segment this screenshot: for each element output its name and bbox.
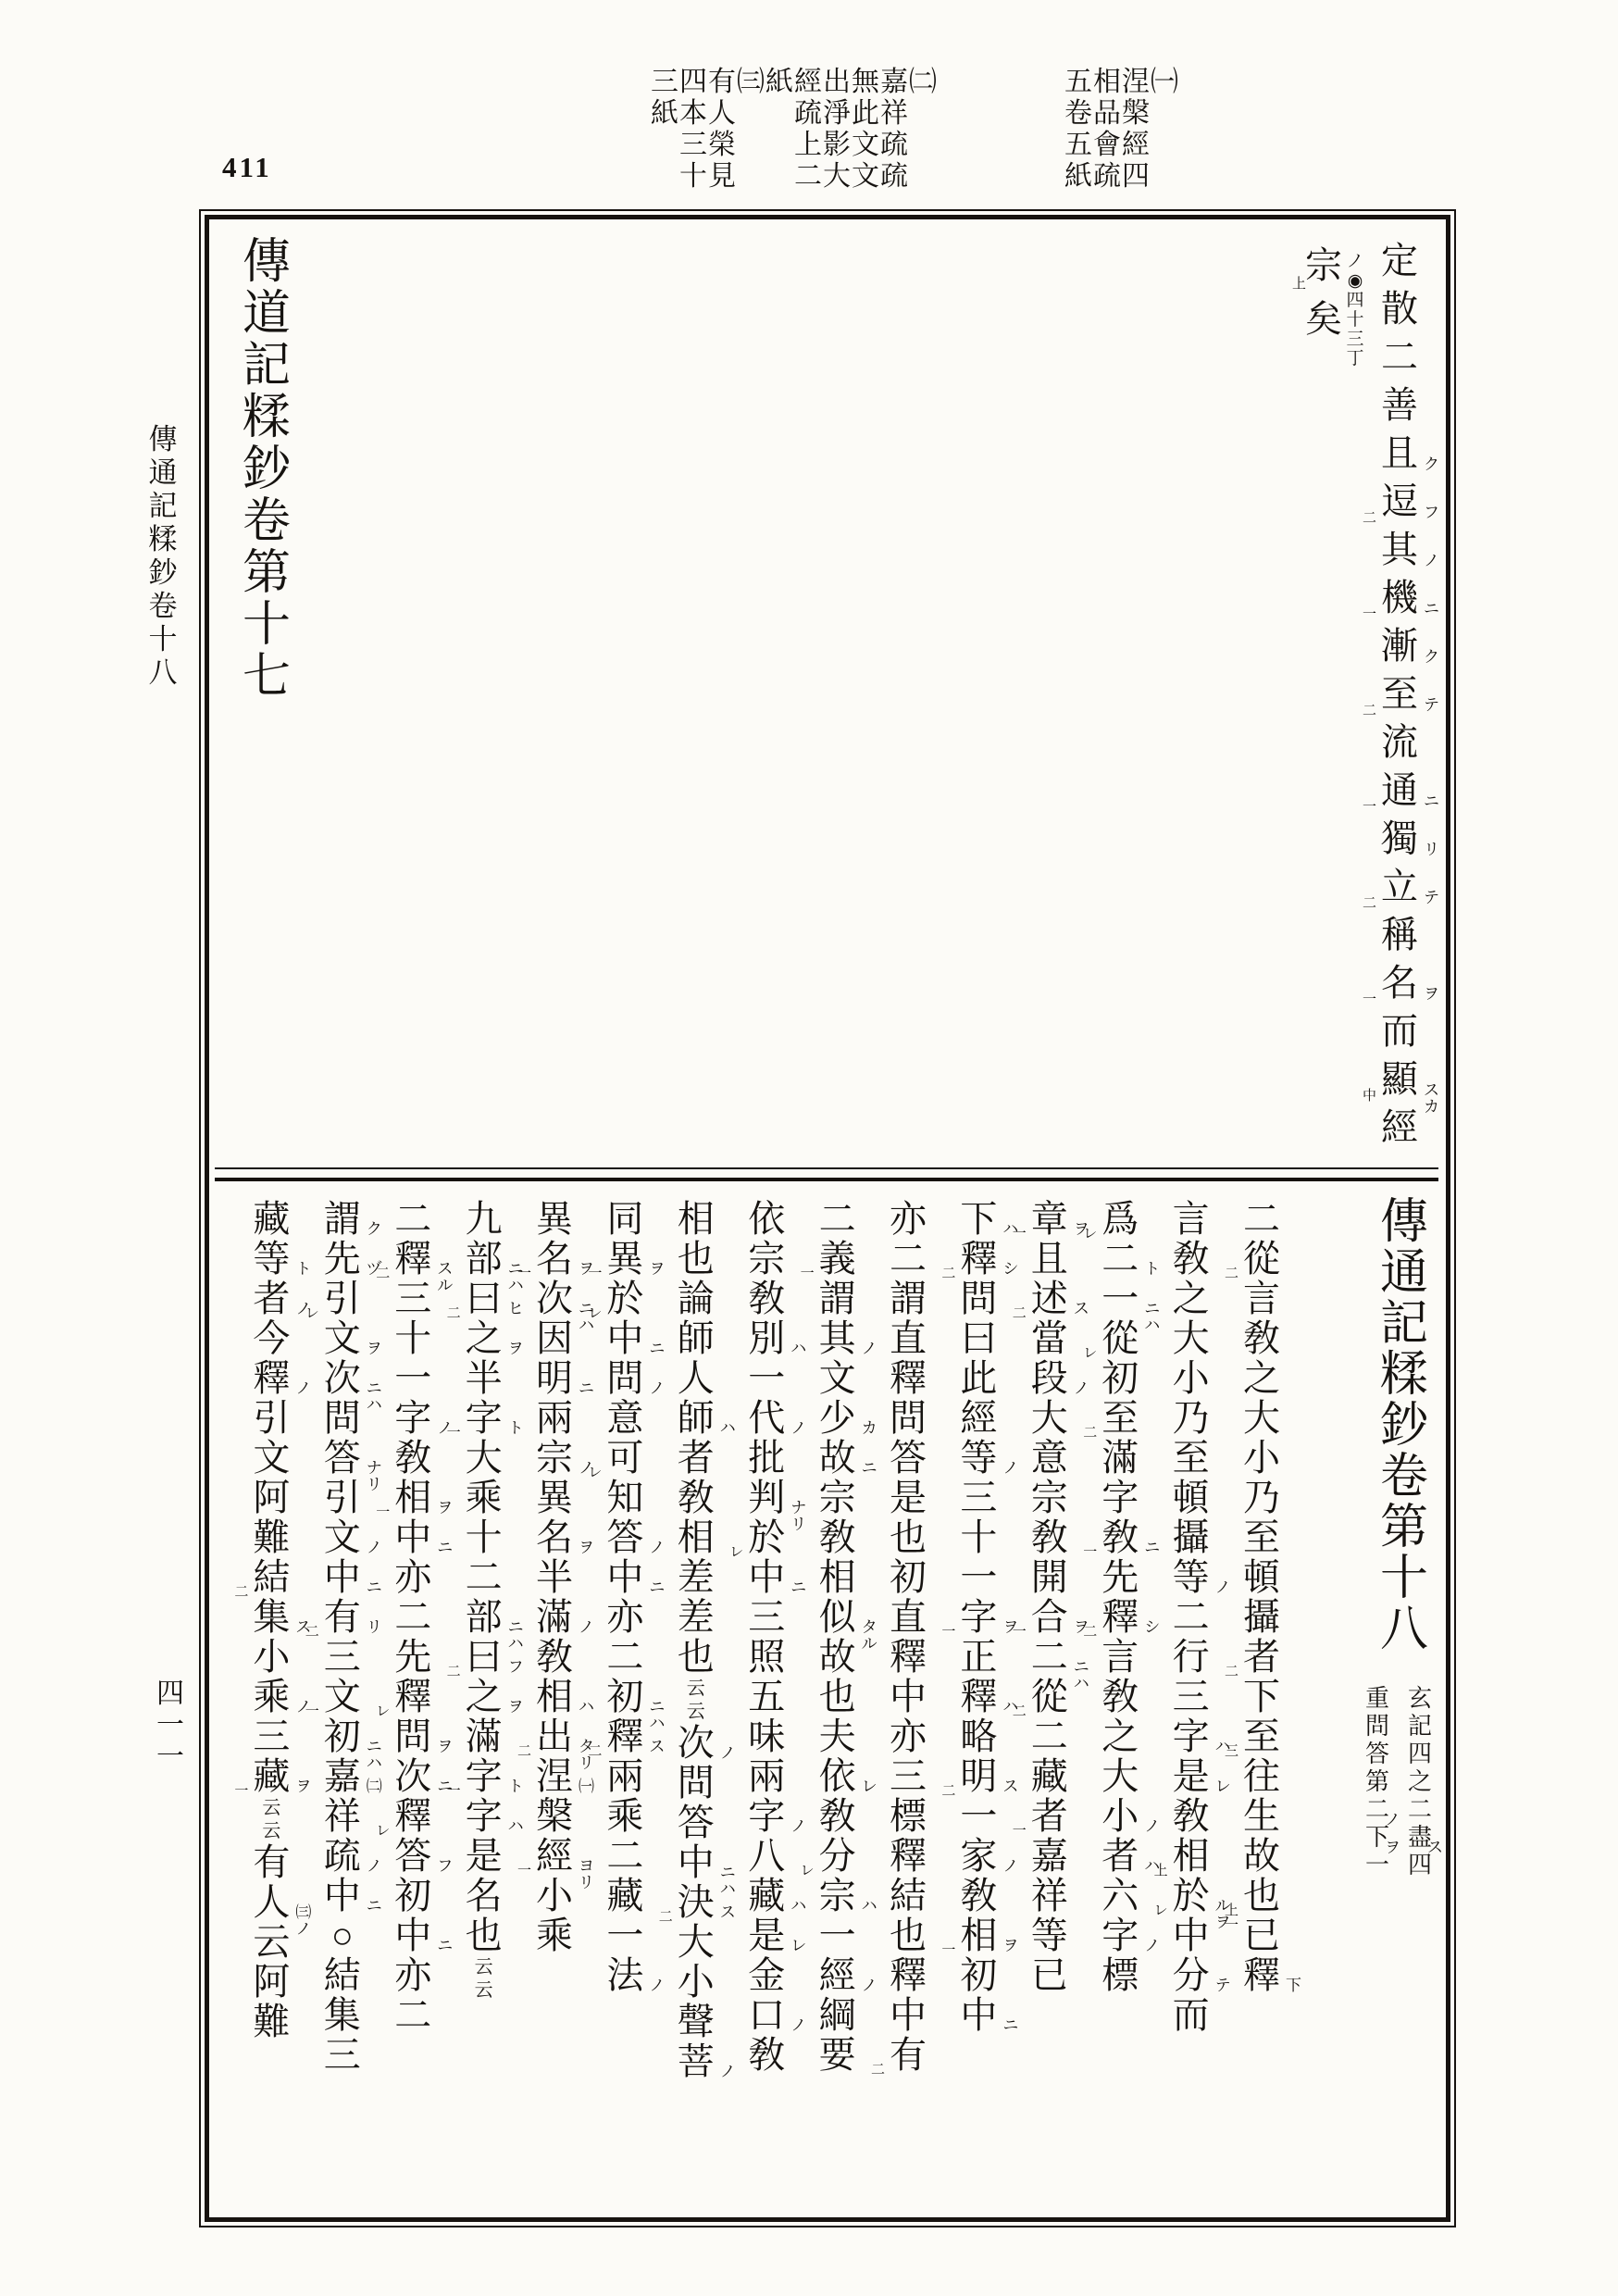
glyph: 云 xyxy=(475,1981,493,2000)
body-text-column-1: 二從二言敎之大小乃至頓攝者二下至三往生故也上一已釋下 xyxy=(1228,1199,1295,1995)
glyph: 義 xyxy=(819,1241,856,1278)
glyph-cell: 集 xyxy=(309,1995,376,2035)
glyph-cell: 意 xyxy=(591,1398,658,1438)
glyph: 三 xyxy=(748,1599,785,1636)
glyph-cell: 知 xyxy=(591,1478,658,1517)
glyph-cell: 大 xyxy=(1228,1398,1295,1438)
glyph-cell: 云 xyxy=(238,1796,305,1819)
glyph: 問 xyxy=(890,1400,927,1437)
glyph-cell: 義一 xyxy=(804,1239,871,1279)
glyph-cell: 釋 xyxy=(875,1358,941,1398)
glyph-cell: 八 xyxy=(144,655,181,689)
glyph: 漸 xyxy=(1381,628,1418,665)
glyph-cell: 漸ク xyxy=(1366,622,1433,670)
right-reading-mark: ク xyxy=(1424,456,1439,473)
right-reading-mark: ク xyxy=(367,1221,382,1238)
glyph-cell: 三 xyxy=(238,1716,305,1756)
glyph: 從 xyxy=(1243,1241,1280,1278)
glyph: 先 xyxy=(394,1639,431,1676)
glyph-cell: 宗上 xyxy=(1296,239,1351,293)
glyph: 攝 xyxy=(1243,1599,1280,1636)
glyph-cell: 至テ二 xyxy=(1366,670,1433,718)
glyph-cell: 頓 xyxy=(1158,1478,1225,1517)
glyph: ノ xyxy=(1346,253,1363,270)
glyph-cell: 三 xyxy=(309,2035,376,2075)
glyph: 敎 xyxy=(1243,1320,1280,1357)
glyph: 藏 xyxy=(606,1878,643,1915)
glyph-cell: 逗フ二 xyxy=(1366,478,1433,526)
margin-volume-title: 傳通記糅鈔卷十八 xyxy=(144,422,181,689)
glyph-cell: 云 xyxy=(663,1700,729,1723)
right-reading-mark: レ xyxy=(862,1778,877,1795)
kaeriten-mark: 二 xyxy=(1363,512,1376,527)
glyph-cell: 名ヲ一 xyxy=(521,1239,588,1279)
glyph-cell: 二 xyxy=(380,1199,446,1239)
right-reading-mark: ハ xyxy=(862,1898,877,1915)
glyph-cell: 差 xyxy=(663,1597,729,1637)
glyph-cell: 曰フ二 xyxy=(451,1637,517,1677)
glyph: 二 xyxy=(1408,1798,1432,1822)
glyph-cell: 云 xyxy=(238,1819,305,1842)
glyph: 其 xyxy=(819,1320,856,1357)
glyph-cell: 師 xyxy=(663,1318,729,1358)
glyph: 第 xyxy=(1365,1770,1389,1794)
glyph: 從 xyxy=(1031,1678,1068,1716)
glyph-cell: 問 xyxy=(945,1279,1012,1318)
glyph: 一 xyxy=(960,1798,997,1835)
glyph-cell: 略 xyxy=(945,1716,1012,1756)
glyph-cell: 三 xyxy=(1158,1677,1225,1716)
glyph: 難 xyxy=(253,2003,290,2040)
right-reading-mark: ノ xyxy=(1144,1938,1160,1954)
glyph: 部 xyxy=(466,1599,503,1636)
headnote-row: 十見 二大文疏 xyxy=(651,161,938,193)
glyph-cell: 立テ二 xyxy=(1366,863,1433,911)
glyph-cell: 盡ス xyxy=(1403,1824,1437,1852)
glyph: 記 xyxy=(149,492,178,520)
glyph-cell: 代ノ xyxy=(733,1398,800,1438)
glyph-cell: 鈔 xyxy=(144,555,181,589)
glyph-cell: ○ xyxy=(309,1915,376,1955)
right-reading-mark: ノ xyxy=(579,1460,594,1477)
glyph: 十 xyxy=(466,1519,503,1556)
glyph: 一 xyxy=(156,1712,184,1740)
glyph-cell: 藏 xyxy=(1016,1756,1083,1796)
glyph: 答 xyxy=(890,1440,927,1477)
glyph-cell: 獨リ xyxy=(1366,815,1433,863)
glyph: 中 xyxy=(394,1519,431,1556)
glyph-cell: 兩 xyxy=(733,1756,800,1796)
headnote-block-left: 五相涅㈠卷品槃五會經紙疏四 xyxy=(1064,67,1179,193)
glyph: 十 xyxy=(1346,311,1363,329)
opening-volume-title: 傳通記糅鈔卷第十八 xyxy=(1371,1197,1438,1655)
glyph: 獨 xyxy=(1381,820,1418,857)
glyph: 二 xyxy=(1173,1599,1210,1636)
glyph: 十 xyxy=(960,1519,997,1556)
glyph: 等 xyxy=(253,1241,290,1278)
glyph-cell: 顯スカ中 xyxy=(1366,1055,1433,1104)
glyph-cell: 人㈢ノ xyxy=(238,1882,305,1922)
glyph-cell: 卷 xyxy=(144,589,181,622)
glyph: 敎 xyxy=(678,1479,715,1516)
kaeriten-mark: 二 xyxy=(871,2064,885,2078)
glyph-cell: 大 xyxy=(1158,1318,1225,1358)
glyph-cell: 之ヲ xyxy=(451,1318,517,1358)
glyph-cell: 大 xyxy=(1016,1398,1083,1438)
glyph-cell: 依レ xyxy=(804,1756,871,1796)
glyph-cell: 半 xyxy=(521,1557,588,1597)
glyph-cell: 鈔 xyxy=(1371,1401,1438,1452)
glyph: 初 xyxy=(890,1559,927,1596)
glyph: 曰 xyxy=(466,1639,503,1676)
glyph: 引 xyxy=(253,1400,290,1437)
glyph-cell: 大 xyxy=(663,1922,729,1962)
glyph: 大 xyxy=(1101,1758,1139,1795)
glyph: 矣 xyxy=(1305,301,1342,338)
glyph-cell: 記 xyxy=(144,489,181,522)
glyph: 下 xyxy=(960,1201,997,1238)
right-reading-mark: ス xyxy=(720,1904,736,1921)
glyph: 其 xyxy=(1381,531,1418,568)
glyph: 師 xyxy=(678,1320,715,1357)
glyph: 鈔 xyxy=(243,446,291,494)
upper-text-column-1: 定散二善且ク逗フ二其ノ機ニ一漸ク至テ二流通ニ一獨リ立テ二稱名ヲ一而顯スカ中經 xyxy=(1366,237,1433,1152)
glyph: 傳 xyxy=(1380,1199,1428,1247)
glyph-cell: 味 xyxy=(733,1716,800,1756)
glyph: 者 xyxy=(1031,1798,1068,1835)
glyph-cell: 敎 xyxy=(945,1876,1012,1915)
glyph: 次 xyxy=(394,1758,431,1795)
right-reading-mark: フ xyxy=(1424,505,1439,521)
glyph-cell: 云 xyxy=(451,1955,517,1978)
glyph: 也 xyxy=(819,1678,856,1716)
glyph: 也 xyxy=(466,1917,503,1954)
glyph: 十 xyxy=(1380,1555,1428,1603)
right-reading-mark: ヲ xyxy=(367,1341,382,1357)
glyph: 一 xyxy=(960,1559,997,1596)
glyph-cell: 開 xyxy=(1016,1557,1083,1597)
right-reading-mark: ノ xyxy=(367,1858,382,1875)
glyph-cell: 明ス二 xyxy=(945,1756,1012,1796)
glyph: 大 xyxy=(1031,1400,1068,1437)
glyph: 二 xyxy=(394,1201,431,1238)
glyph: 異 xyxy=(536,1479,573,1516)
glyph-cell: 道 xyxy=(233,289,300,341)
headnote-row: 紙疏四 xyxy=(1064,161,1179,193)
glyph-cell: 字 xyxy=(1087,1478,1153,1517)
glyph: 名 xyxy=(466,1878,503,1915)
glyph-cell: 三 xyxy=(945,1478,1012,1517)
glyph-cell: 七 xyxy=(233,652,300,704)
glyph: 云 xyxy=(687,1703,705,1721)
glyph: 等 xyxy=(1031,1917,1068,1954)
glyph: 少 xyxy=(819,1400,856,1437)
glyph: 同 xyxy=(606,1201,643,1238)
glyph: 敎 xyxy=(819,1519,856,1556)
glyph: 答 xyxy=(678,1804,715,1841)
glyph-cell: 而 xyxy=(1158,1995,1225,2035)
glyph: 明 xyxy=(960,1758,997,1795)
glyph: 法 xyxy=(606,1957,643,1994)
glyph: 敎 xyxy=(960,1878,997,1915)
body-text-column-3: 爲レ二ト一ニハ從レ初至二滿字敎ニ一先釋シ二言敎之大小ノ者ハ六字ノ標 xyxy=(1087,1199,1153,1995)
glyph: 通 xyxy=(1381,772,1418,809)
glyph: 二 xyxy=(1243,1201,1280,1238)
glyph-cell: 兩 xyxy=(591,1756,658,1796)
glyph-cell: 故 xyxy=(804,1637,871,1677)
right-reading-mark: テ xyxy=(1215,1978,1231,1994)
glyph: 問 xyxy=(606,1360,643,1397)
glyph-cell: 引 xyxy=(309,1478,376,1517)
glyph-cell: 字ハ xyxy=(1158,1716,1225,1756)
kaeriten-mark: 一 xyxy=(1363,993,1376,1008)
glyph-cell: 敎 xyxy=(1158,1239,1225,1279)
glyph: 藏 xyxy=(748,1878,785,1915)
right-reading-mark: ヲ xyxy=(649,1261,665,1278)
glyph: 故 xyxy=(819,1440,856,1477)
glyph-cell: 問 xyxy=(309,1398,376,1438)
glyph: 答 xyxy=(324,1440,361,1477)
glyph-cell: 下ハ xyxy=(945,1199,1012,1239)
glyph-cell: 祥 xyxy=(309,1796,376,1836)
glyph: 之 xyxy=(1173,1280,1210,1317)
glyph-cell: 結 xyxy=(875,1876,941,1915)
glyph-cell: 攝 xyxy=(1158,1517,1225,1557)
glyph-cell: 亦 xyxy=(380,1557,446,1597)
right-reading-mark: ノ xyxy=(579,1619,594,1636)
glyph: 中 xyxy=(606,1559,643,1596)
glyph: 中 xyxy=(606,1320,643,1357)
glyph: 人 xyxy=(253,1884,290,1921)
glyph-cell: 已 xyxy=(1016,1955,1083,1995)
glyph: 道 xyxy=(243,291,291,339)
glyph: 結 xyxy=(253,1559,290,1596)
glyph-cell: 字ト一 xyxy=(451,1756,517,1796)
glyph-cell: 者ハ xyxy=(1087,1836,1153,1876)
glyph: 記 xyxy=(1408,1715,1432,1739)
glyph-cell: 滿 xyxy=(1087,1438,1153,1478)
glyph: 有 xyxy=(253,1844,290,1881)
body-text-column-2: 言敎之大小乃至頓攝等ノ二行三字ハ是レ敎相上於ルヲレ中分テ而 xyxy=(1158,1199,1225,2035)
glyph: 文 xyxy=(819,1360,856,1397)
glyph: 菩 xyxy=(678,2043,715,2080)
glyph: 中 xyxy=(960,1997,997,2034)
glyph-cell: 文ヲ xyxy=(309,1318,376,1358)
headnote-block-right: 三四有㈢紙經出無嘉㈡紙本人 疏淨此祥 三榮 上影文疏 十見 二大文疏 xyxy=(651,67,938,193)
right-reading-mark: ヲ xyxy=(1002,1938,1018,1954)
glyph: 稱 xyxy=(1381,917,1418,954)
glyph-cell: 也 xyxy=(451,1915,517,1955)
glyph: 鈔 xyxy=(1380,1403,1428,1451)
glyph-cell: 少カ xyxy=(804,1398,871,1438)
glyph: 字 xyxy=(394,1400,431,1437)
glyph-cell: 宗 xyxy=(804,1478,871,1517)
glyph-cell: 字ハ xyxy=(451,1796,517,1836)
glyph-cell: 之 xyxy=(1228,1358,1295,1398)
right-reading-mark: ハ xyxy=(1002,1699,1018,1716)
glyph-cell: 是レ xyxy=(1158,1756,1225,1796)
glyph: 之 xyxy=(466,1678,503,1716)
glyph-cell: 答ナリ xyxy=(309,1438,376,1478)
glyph: 玄 xyxy=(1408,1687,1432,1711)
glyph: 云 xyxy=(253,1924,290,1961)
right-reading-mark: ノ xyxy=(295,1301,311,1317)
right-reading-mark: テ xyxy=(1424,890,1439,906)
glyph-cell: 三 xyxy=(1344,330,1366,349)
glyph-cell: 小 xyxy=(1228,1438,1295,1478)
glyph-cell: 問 xyxy=(875,1398,941,1438)
glyph-cell: 中ニハ xyxy=(663,1842,729,1882)
glyph-cell: 小ノ xyxy=(1087,1796,1153,1836)
glyph: 二 xyxy=(1031,1718,1068,1755)
right-reading-mark: ノ xyxy=(649,1380,665,1397)
glyph: 顯 xyxy=(1381,1061,1418,1098)
glyph-cell: 下 xyxy=(1228,1677,1295,1716)
glyph-cell: 段ノ xyxy=(1016,1358,1083,1398)
glyph: 云 xyxy=(262,1799,280,1817)
glyph-cell: 二 xyxy=(380,1995,446,2035)
right-reading-mark: フ xyxy=(437,1858,453,1875)
glyph: 述 xyxy=(1031,1280,1068,1317)
glyph-cell: 二 xyxy=(1158,1597,1225,1637)
glyph-cell: 傳 xyxy=(144,422,181,455)
glyph: 嘉 xyxy=(1031,1838,1068,1875)
glyph-cell: 敎 xyxy=(733,2035,800,2075)
glyph-cell: 傳 xyxy=(233,237,300,289)
glyph-cell: 釋ス二 xyxy=(591,1716,658,1756)
glyph-cell: 也 xyxy=(875,1517,941,1557)
body-text-column-12: 九部ニハ曰ヒ二之ヲ半字ト一大乘十二部ニハ曰フ二之ヲ滿字ト一字ハ是名也云云 xyxy=(451,1199,517,2002)
glyph-cell: 先 xyxy=(380,1637,446,1677)
glyph: 乃 xyxy=(1243,1479,1280,1516)
kaeriten-mark: 中 xyxy=(1363,1090,1376,1104)
glyph-cell: 言 xyxy=(1158,1199,1225,1239)
glyph-cell: 大 xyxy=(1087,1756,1153,1796)
glyph: 等 xyxy=(1173,1559,1210,1596)
glyph: 也 xyxy=(1243,1878,1280,1915)
glyph: 藏 xyxy=(1031,1758,1068,1795)
glyph-cell: 糅 xyxy=(233,393,300,444)
glyph: 集 xyxy=(324,1997,361,2034)
glyph: 分 xyxy=(819,1838,856,1875)
right-reading-mark: ニ xyxy=(790,1579,806,1596)
right-reading-mark: シ xyxy=(1144,1619,1160,1636)
glyph: 釋 xyxy=(960,1678,997,1716)
right-reading-mark: ヲ xyxy=(1424,986,1439,1003)
glyph: 字 xyxy=(466,1798,503,1835)
glyph-cell: 言 xyxy=(1087,1637,1153,1677)
glyph-cell: 四 xyxy=(152,1678,189,1710)
glyph-cell: 曰 xyxy=(945,1318,1012,1358)
glyph: 祥 xyxy=(324,1798,361,1835)
glyph-cell: 涅㈠ xyxy=(521,1756,588,1796)
glyph: 滿 xyxy=(1101,1440,1139,1477)
glyph-cell: 糅 xyxy=(144,522,181,555)
glyph: 問 xyxy=(678,1765,715,1802)
glyph-cell: 結 xyxy=(309,1955,376,1995)
glyph-cell: 二 xyxy=(1403,1796,1437,1824)
glyph: 亦 xyxy=(394,1957,431,1994)
headnote-row: 卷品槃 xyxy=(1064,98,1179,130)
glyph: 引 xyxy=(324,1479,361,1516)
glyph: 宗 xyxy=(819,1878,856,1915)
glyph: 出 xyxy=(536,1718,573,1755)
glyph: 立 xyxy=(1381,868,1418,905)
glyph-cell: 口ノ xyxy=(733,1995,800,2035)
glyph: 之 xyxy=(1243,1360,1280,1397)
glyph-cell: 八 xyxy=(733,1836,800,1876)
glyph: 小 xyxy=(1101,1798,1139,1835)
glyph: 差 xyxy=(678,1559,715,1596)
glyph-cell: 稱 xyxy=(1366,911,1433,959)
glyph-cell: 頓 xyxy=(1228,1557,1295,1597)
glyph-cell: 名 xyxy=(451,1876,517,1915)
glyph: 敎 xyxy=(1101,1519,1139,1556)
glyph-cell: 且ク xyxy=(1366,430,1433,478)
glyph: 大 xyxy=(1173,1320,1210,1357)
right-reading-mark: リ xyxy=(367,1619,382,1636)
glyph: 中 xyxy=(678,1844,715,1881)
glyph-cell: 中ニ xyxy=(309,1557,376,1597)
glyph-cell: 乘ノ xyxy=(238,1677,305,1716)
glyph-cell: 謂 xyxy=(875,1279,941,1318)
glyph-cell: 答ノ xyxy=(591,1517,658,1557)
glyph-cell: 小 xyxy=(663,1962,729,2002)
right-reading-mark: ニ xyxy=(437,1540,453,1556)
glyph: 初 xyxy=(394,1878,431,1915)
right-reading-mark: ノ xyxy=(649,1978,665,1994)
glyph-cell: 通 xyxy=(144,455,181,489)
glyph: 鈔 xyxy=(149,558,178,587)
subtitle-genki-reference: 玄記四之二盡ス四 xyxy=(1403,1685,1437,1879)
glyph-cell: 之ヲ xyxy=(451,1677,517,1716)
glyph-cell: 中ニ xyxy=(733,1557,800,1597)
glyph-cell: 乘 xyxy=(451,1478,517,1517)
glyph-cell: 分レ xyxy=(804,1836,871,1876)
glyph: 次 xyxy=(324,1360,361,1397)
glyph: 意 xyxy=(606,1400,643,1437)
glyph: 三 xyxy=(324,1639,361,1676)
glyph-cell: 合ヲ一 xyxy=(1016,1597,1083,1637)
right-reading-mark: ニ xyxy=(437,1938,453,1954)
glyph-cell: 之 xyxy=(1158,1279,1225,1318)
glyph-cell: 引 xyxy=(238,1398,305,1438)
right-reading-mark: ハ xyxy=(579,1699,594,1716)
right-reading-mark: ニ xyxy=(437,1778,453,1795)
glyph-cell: 記 xyxy=(1403,1713,1437,1741)
right-reading-mark: カ xyxy=(862,1420,877,1437)
section-divider-rule xyxy=(215,1167,1438,1181)
right-reading-mark: レ xyxy=(1215,1778,1231,1795)
glyph-cell: 三 xyxy=(733,1597,800,1637)
glyph-cell: 其ノ xyxy=(1366,526,1433,574)
glyph-cell: 相 xyxy=(663,1517,729,1557)
glyph-cell: 釋シ二 xyxy=(1087,1597,1153,1637)
right-reading-mark: ヲ xyxy=(579,1540,594,1556)
glyph: 祥 xyxy=(1031,1878,1068,1915)
glyph-cell: 意 xyxy=(1016,1438,1083,1478)
glyph-cell: 答 xyxy=(663,1803,729,1842)
glyph: 小 xyxy=(253,1639,290,1676)
glyph-cell: 別ハ xyxy=(733,1318,800,1358)
interlinear-reference-note: ノ◉四十三丁 xyxy=(1344,252,1366,368)
glyph: 判 xyxy=(748,1479,785,1516)
glyph-cell: 也 xyxy=(875,1915,941,1955)
glyph-cell: 亦 xyxy=(380,1955,446,1995)
right-reading-mark: ㈡ xyxy=(367,1778,382,1795)
right-reading-mark: ノ xyxy=(649,1540,665,1556)
headnote-row: 五相涅㈠ xyxy=(1064,67,1179,98)
